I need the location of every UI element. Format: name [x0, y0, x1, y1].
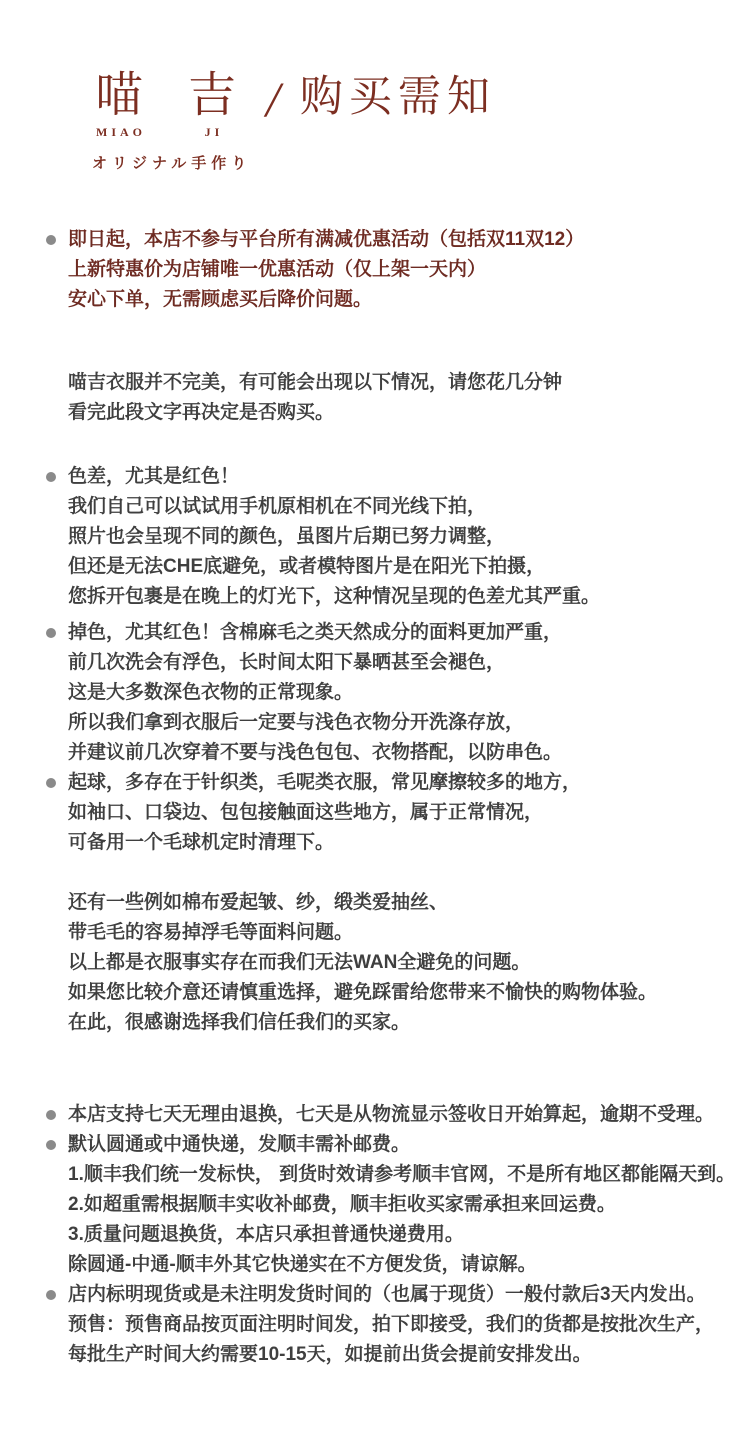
- notice-block-lines: 本店支持七天无理由退换，七天是从物流显示签收日开始算起，逾期不受理。: [68, 1100, 730, 1130]
- text-line: 预售：预售商品按页面注明时间发，拍下即接受，我们的货都是按批次生产，: [68, 1310, 730, 1340]
- text-line: 所以我们拿到衣服后一定要与浅色衣物分开洗涤存放，: [68, 708, 730, 738]
- notice-block: 起球，多存在于针织类，毛呢类衣服，常见摩擦较多的地方，如袖口、口袋边、包包接触面…: [0, 768, 750, 858]
- text-line: 看完此段文字再决定是否购买。: [68, 398, 730, 428]
- notice-block-lines: 起球，多存在于针织类，毛呢类衣服，常见摩擦较多的地方，如袖口、口袋边、包包接触面…: [68, 768, 730, 858]
- text-line: 3.质量问题退换货，本店只承担普通快递费用。: [68, 1220, 730, 1250]
- notice-block: 店内标明现货或是未注明发货时间的（也属于现货）一般付款后3天内发出。预售：预售商…: [0, 1280, 750, 1370]
- text-line: 安心下单，无需顾虑买后降价问题。: [68, 285, 730, 315]
- text-line: 起球，多存在于针织类，毛呢类衣服，常见摩擦较多的地方，: [68, 768, 730, 798]
- text-line: 2.如超重需根据顺丰实收补邮费，顺丰拒收买家需承担来回运费。: [68, 1190, 730, 1220]
- text-line: 喵吉衣服并不完美，有可能会出现以下情况，请您花几分钟: [68, 368, 730, 398]
- text-line: 这是大多数深色衣物的正常现象。: [68, 678, 730, 708]
- text-line: 每批生产时间大约需要10-15天，如提前出货会提前安排发出。: [68, 1340, 730, 1370]
- text-line: 除圆通-中通-顺丰外其它快递实在不方便发货，请谅解。: [68, 1250, 730, 1280]
- text-line: 我们自己可以试试用手机原相机在不同光线下拍，: [68, 492, 730, 522]
- text-line: 本店支持七天无理由退换，七天是从物流显示签收日开始算起，逾期不受理。: [68, 1100, 730, 1130]
- logo-char-group: 喵 MIAO: [92, 72, 146, 140]
- header-row: 喵 MIAO 吉 JI / 购买需知: [92, 72, 750, 140]
- notice-block-lines: 店内标明现货或是未注明发货时间的（也属于现货）一般付款后3天内发出。预售：预售商…: [68, 1280, 730, 1370]
- text-line: 您拆开包裹是在晚上的灯光下，这种情况呈现的色差尤其严重。: [68, 582, 730, 612]
- text-line: 店内标明现货或是未注明发货时间的（也属于现货）一般付款后3天内发出。: [68, 1280, 730, 1310]
- bullet-icon: [46, 1290, 56, 1300]
- logo-romanization: JI: [201, 125, 224, 140]
- text-line: 并建议前几次穿着不要与浅色包包、衣物搭配，以防串色。: [68, 738, 730, 768]
- text-line: 以上都是衣服事实存在而我们无法WAN全避免的问题。: [68, 948, 730, 978]
- notice-block: 掉色，尤其红色！含棉麻毛之类天然成分的面料更加严重，前几次洗会有浮色，长时间太阳…: [0, 618, 750, 768]
- text-line: 掉色，尤其红色！含棉麻毛之类天然成分的面料更加严重，: [68, 618, 730, 648]
- text-line: 即日起，本店不参与平台所有满减优惠活动（包括双11双12）: [68, 225, 730, 255]
- text-line: 色差，尤其是红色！: [68, 462, 730, 492]
- notice-sections: 即日起，本店不参与平台所有满减优惠活动（包括双11双12）上新特惠价为店铺唯一优…: [0, 225, 750, 1370]
- notice-block-lines: 喵吉衣服并不完美，有可能会出现以下情况，请您花几分钟看完此段文字再决定是否购买。: [68, 368, 730, 428]
- notice-block-lines: 掉色，尤其红色！含棉麻毛之类天然成分的面料更加严重，前几次洗会有浮色，长时间太阳…: [68, 618, 730, 768]
- logo-romanization: MIAO: [92, 125, 146, 140]
- text-line: 但还是无法CHE底避免，或者模特图片是在阳光下拍摄，: [68, 552, 730, 582]
- notice-block-lines: 还有一些例如棉布爱起皱、纱，缎类爱抽丝、带毛毛的容易掉浮毛等面料问题。以上都是衣…: [68, 888, 730, 1038]
- notice-block: 即日起，本店不参与平台所有满减优惠活动（包括双11双12）上新特惠价为店铺唯一优…: [0, 225, 750, 315]
- bullet-icon: [46, 778, 56, 788]
- logo-char-group: 吉 JI: [188, 72, 236, 140]
- notice-block-lines: 色差，尤其是红色！我们自己可以试试用手机原相机在不同光线下拍，照片也会呈现不同的…: [68, 462, 730, 612]
- text-line: 带毛毛的容易掉浮毛等面料问题。: [68, 918, 730, 948]
- page-title: 购买需知: [300, 74, 496, 121]
- logo-char: 吉: [188, 72, 236, 120]
- notice-block: 色差，尤其是红色！我们自己可以试试用手机原相机在不同光线下拍，照片也会呈现不同的…: [0, 462, 750, 612]
- divider-slash: /: [266, 74, 280, 124]
- text-line: 前几次洗会有浮色，长时间太阳下暴晒甚至会褪色，: [68, 648, 730, 678]
- logo-char: 喵: [95, 72, 143, 120]
- notice-block: 喵吉衣服并不完美，有可能会出现以下情况，请您花几分钟看完此段文字再决定是否购买。: [0, 368, 750, 428]
- purchase-notice-page: 喵 MIAO 吉 JI / 购买需知 オリジナル手作り 即日起，本店不参与平台所…: [0, 0, 750, 1435]
- bullet-icon: [46, 235, 56, 245]
- text-line: 在此，很感谢选择我们信任我们的买家。: [68, 1008, 730, 1038]
- text-line: 如袖口、口袋边、包包接触面这些地方，属于正常情况，: [68, 798, 730, 828]
- text-line: 照片也会呈现不同的颜色，虽图片后期已努力调整，: [68, 522, 730, 552]
- notice-block: 默认圆通或中通快递，发顺丰需补邮费。1.顺丰我们统一发标快， 到货时效请参考顺丰…: [0, 1130, 750, 1280]
- bullet-icon: [46, 472, 56, 482]
- bullet-icon: [46, 1140, 56, 1150]
- text-line: 1.顺丰我们统一发标快， 到货时效请参考顺丰官网，不是所有地区都能隔天到。: [68, 1160, 730, 1190]
- notice-block-lines: 默认圆通或中通快递，发顺丰需补邮费。1.顺丰我们统一发标快， 到货时效请参考顺丰…: [68, 1130, 730, 1280]
- notice-block: 还有一些例如棉布爱起皱、纱，缎类爱抽丝、带毛毛的容易掉浮毛等面料问题。以上都是衣…: [0, 888, 750, 1038]
- text-line: 可备用一个毛球机定时清理下。: [68, 828, 730, 858]
- text-line: 默认圆通或中通快递，发顺丰需补邮费。: [68, 1130, 730, 1160]
- bullet-icon: [46, 628, 56, 638]
- text-line: 如果您比较介意还请慎重选择，避免踩雷给您带来不愉快的购物体验。: [68, 978, 730, 1008]
- brand-subtitle: オリジナル手作り: [92, 152, 750, 173]
- notice-block: 本店支持七天无理由退换，七天是从物流显示签收日开始算起，逾期不受理。: [0, 1100, 750, 1130]
- brand-header: 喵 MIAO 吉 JI / 购买需知 オリジナル手作り: [0, 0, 750, 173]
- text-line: 上新特惠价为店铺唯一优惠活动（仅上架一天内）: [68, 255, 730, 285]
- notice-block-lines: 即日起，本店不参与平台所有满减优惠活动（包括双11双12）上新特惠价为店铺唯一优…: [68, 225, 730, 315]
- bullet-icon: [46, 1110, 56, 1120]
- text-line: 还有一些例如棉布爱起皱、纱，缎类爱抽丝、: [68, 888, 730, 918]
- brand-logo: 喵 MIAO 吉 JI: [92, 72, 236, 140]
